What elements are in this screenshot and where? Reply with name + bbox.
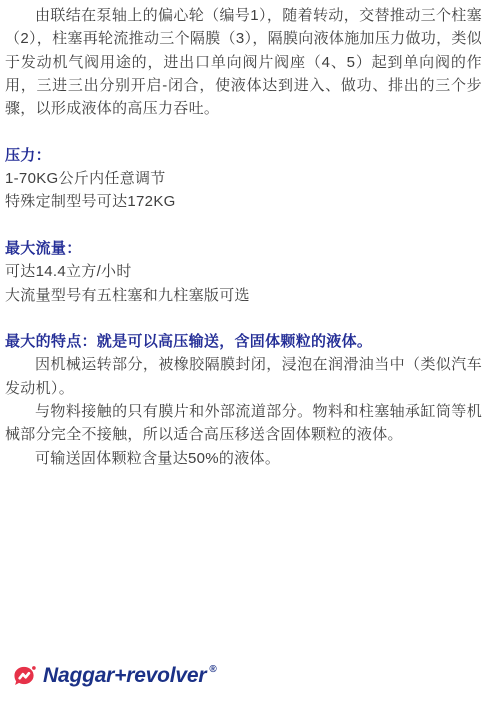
section-features: 最大的特点：就是可以高压输送，含固体颗粒的液体。 因机械运转部分，被橡胶隔膜封闭… bbox=[5, 330, 482, 470]
section-max-flow: 最大流量： 可达14.4立方/小时 大流量型号有五柱塞和九柱塞版可选 bbox=[5, 237, 482, 307]
section-pressure-heading: 压力： bbox=[5, 144, 482, 167]
registered-trademark-symbol: ® bbox=[209, 664, 216, 675]
section-max-flow-heading: 最大流量： bbox=[5, 237, 482, 260]
naggar-speech-bubble-icon bbox=[13, 665, 36, 688]
section-features-para-3: 可输送固体颗粒含量达50%的液体。 bbox=[5, 447, 482, 470]
section-features-para-2: 与物料接触的只有膜片和外部流道部分。物料和柱塞轴承缸筒等机械部分完全不接触，所以… bbox=[5, 400, 482, 447]
section-features-para-1: 因机械运转部分，被橡胶隔膜封闭，浸泡在润滑油当中（类似汽车发动机）。 bbox=[5, 353, 482, 400]
section-pressure-line-2: 特殊定制型号可达172KG bbox=[5, 190, 482, 213]
section-max-flow-line-2: 大流量型号有五柱塞和九柱塞版可选 bbox=[5, 284, 482, 307]
intro-paragraph: 由联结在泵轴上的偏心轮（编号1），随着转动，交替推动三个柱塞（2），柱塞再轮流推… bbox=[5, 4, 482, 120]
brand-logo: Naggar+revolver ® bbox=[13, 664, 217, 688]
section-pressure-line-1: 1-70KG公斤内任意调节 bbox=[5, 167, 482, 190]
section-max-flow-line-1: 可达14.4立方/小时 bbox=[5, 260, 482, 283]
section-pressure: 压力： 1-70KG公斤内任意调节 特殊定制型号可达172KG bbox=[5, 144, 482, 214]
section-features-heading: 最大的特点：就是可以高压输送，含固体颗粒的液体。 bbox=[5, 330, 482, 353]
brand-name: Naggar+revolver bbox=[43, 664, 206, 688]
document-body: 由联结在泵轴上的偏心轮（编号1），随着转动，交替推动三个柱塞（2），柱塞再轮流推… bbox=[0, 0, 487, 470]
